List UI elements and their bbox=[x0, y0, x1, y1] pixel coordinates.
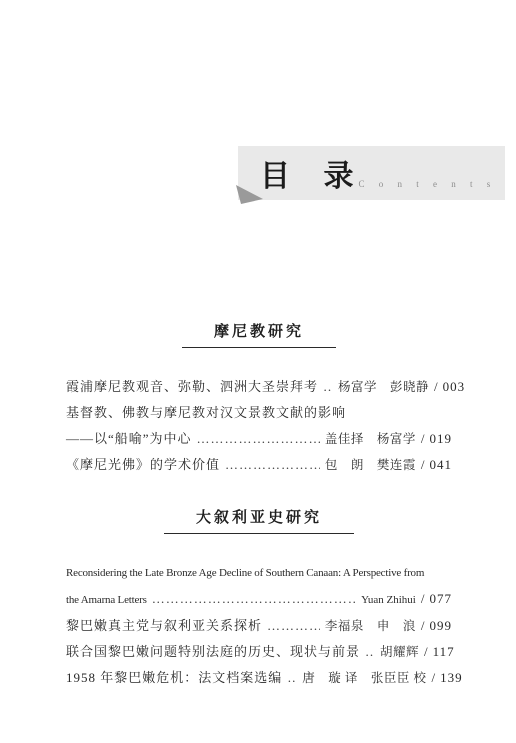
page-separator: / bbox=[421, 452, 425, 478]
page-fold-icon bbox=[235, 183, 265, 205]
dot-leader: …………………………………………………………………………………………………… bbox=[365, 639, 375, 665]
entry-authors: 李福泉 申 浪 bbox=[325, 613, 416, 639]
page-separator: / bbox=[434, 374, 438, 400]
page-separator: / bbox=[432, 665, 436, 691]
section-rows: 霞浦摩尼教观音、弥勒、泗洲大圣崇拜考 ………………………………………………………… bbox=[66, 374, 452, 478]
entry-page: 077 bbox=[430, 586, 453, 612]
contents-subtitle: C o n t e n t s bbox=[359, 179, 497, 189]
dot-leader: …………………………………………………………………………………………………… bbox=[267, 613, 320, 639]
section-title: 大叙利亚史研究 bbox=[164, 506, 354, 534]
book-page: 目 录 C o n t e n t s 摩尼教研究 霞浦摩尼教观音、弥勒、泗洲大… bbox=[0, 0, 516, 743]
toc-entry: 黎巴嫩真主党与叙利亚关系探析 …………………………………………………………………… bbox=[66, 613, 452, 639]
section-head: 大叙利亚史研究 bbox=[66, 506, 452, 534]
entry-title: 《摩尼光佛》的学术价值 bbox=[66, 452, 220, 478]
dot-leader: …………………………………………………………………………………………………… bbox=[323, 374, 333, 400]
entry-title: 联合国黎巴嫩问题特别法庭的历史、现状与前景 bbox=[66, 639, 360, 665]
dot-leader: …………………………………………………………………………………………………… bbox=[152, 586, 356, 612]
toc-content: 摩尼教研究 霞浦摩尼教观音、弥勒、泗洲大圣崇拜考 ………………………………………… bbox=[66, 320, 452, 691]
toc-entry: the Amarna Letters ………………………………………………………… bbox=[66, 586, 452, 613]
entry-title: 基督教、佛教与摩尼教对汉文景教文献的影响 bbox=[66, 400, 346, 426]
dot-leader: …………………………………………………………………………………………………… bbox=[197, 426, 320, 452]
page-separator: / bbox=[421, 426, 425, 452]
page-separator: / bbox=[421, 586, 425, 612]
toc-entry: 联合国黎巴嫩问题特别法庭的历史、现状与前景 ………………………………………………… bbox=[66, 639, 452, 665]
entry-authors: 盖佳择 杨富学 bbox=[325, 426, 416, 452]
entry-page: 003 bbox=[443, 374, 466, 400]
entry-title: ——以“船喻”为中心 bbox=[66, 426, 192, 452]
section-title: 摩尼教研究 bbox=[182, 320, 336, 348]
toc-entry: Reconsidering the Late Bronze Age Declin… bbox=[66, 560, 452, 586]
dot-leader: …………………………………………………………………………………………………… bbox=[225, 452, 320, 478]
entry-title: 霞浦摩尼教观音、弥勒、泗洲大圣崇拜考 bbox=[66, 374, 318, 400]
contents-title: 目 录 bbox=[260, 151, 367, 195]
entry-page: 139 bbox=[440, 665, 463, 691]
entry-authors: 杨富学 彭晓静 bbox=[338, 374, 429, 400]
entry-title: the Amarna Letters bbox=[66, 587, 147, 613]
entry-page: 117 bbox=[433, 639, 455, 665]
section-greater-syria: 大叙利亚史研究 Reconsidering the Late Bronze Ag… bbox=[66, 506, 452, 691]
entry-authors: Yuan Zhihui bbox=[361, 587, 416, 613]
entry-title: 1958 年黎巴嫩危机：法文档案选编 bbox=[66, 665, 282, 691]
section-manichaeism: 摩尼教研究 霞浦摩尼教观音、弥勒、泗洲大圣崇拜考 ………………………………………… bbox=[66, 320, 452, 478]
toc-entry: 基督教、佛教与摩尼教对汉文景教文献的影响 bbox=[66, 400, 452, 426]
entry-page: 019 bbox=[430, 426, 453, 452]
entry-authors: 包 朗 樊连霞 bbox=[325, 452, 416, 478]
section-rows: Reconsidering the Late Bronze Age Declin… bbox=[66, 560, 452, 691]
entry-title: Reconsidering the Late Bronze Age Declin… bbox=[66, 560, 424, 586]
toc-entry: ——以“船喻”为中心 ……………………………………………………………………………… bbox=[66, 426, 452, 452]
entry-page: 099 bbox=[430, 613, 453, 639]
toc-entry: 1958 年黎巴嫩危机：法文档案选编 ………………………………………………………… bbox=[66, 665, 452, 691]
page-separator: / bbox=[424, 639, 428, 665]
contents-header-band: 目 录 C o n t e n t s bbox=[238, 146, 505, 200]
toc-entry: 《摩尼光佛》的学术价值 …………………………………………………………………………… bbox=[66, 452, 452, 478]
entry-authors: 胡耀辉 bbox=[380, 639, 419, 665]
entry-authors: 唐 璇 译 张臣臣 校 bbox=[302, 665, 426, 691]
entry-page: 041 bbox=[430, 452, 453, 478]
entry-title: 黎巴嫩真主党与叙利亚关系探析 bbox=[66, 613, 262, 639]
page-separator: / bbox=[421, 613, 425, 639]
section-head: 摩尼教研究 bbox=[66, 320, 452, 348]
toc-entry: 霞浦摩尼教观音、弥勒、泗洲大圣崇拜考 ………………………………………………………… bbox=[66, 374, 452, 400]
dot-leader: …………………………………………………………………………………………………… bbox=[287, 665, 297, 691]
